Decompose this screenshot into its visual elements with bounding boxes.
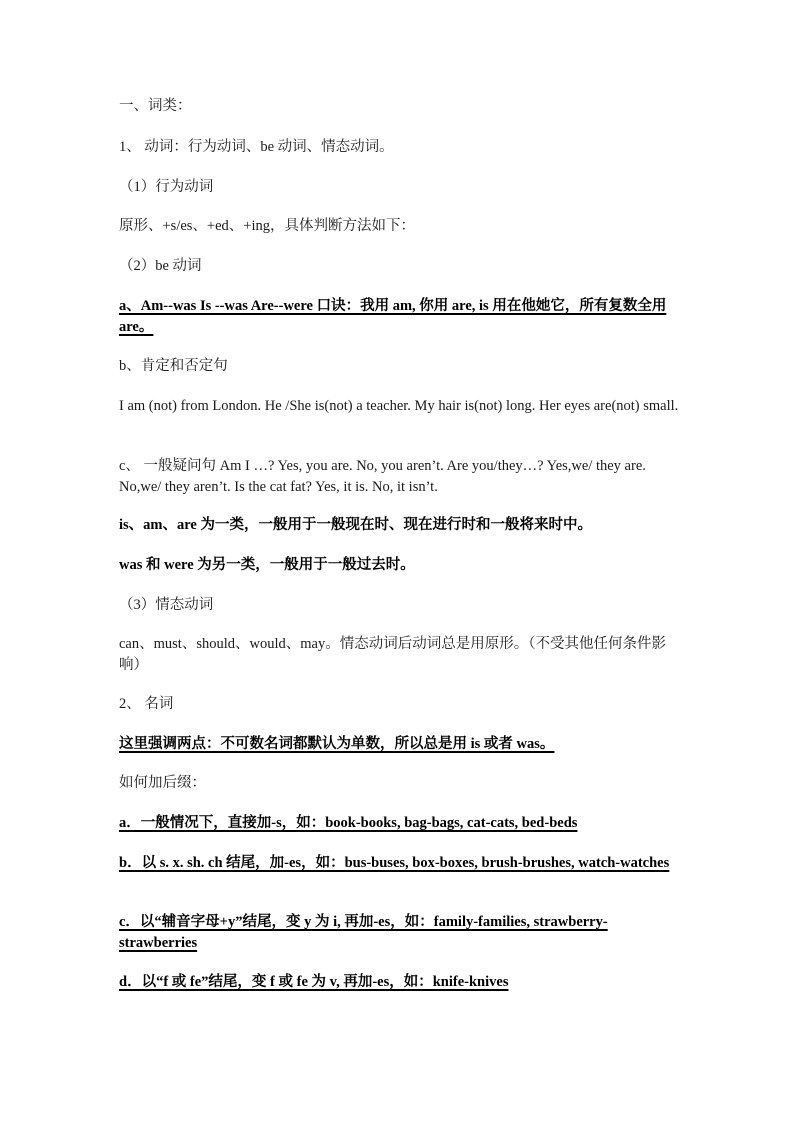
- suffix-rule-b: b．以 s. x. sh. ch 结尾，加-es，如：bus-buses, bo…: [119, 853, 681, 874]
- action-verb-forms: 原形、+s/es、+ed、+ing，具体判断方法如下：: [119, 216, 681, 237]
- paragraph-text: can、must、should、would、may。情态动词后动词总是用原形。（…: [119, 636, 666, 673]
- uncountable-noun-note: 这里强调两点：不可数名词都默认为单数，所以总是用 is 或者 was。: [119, 734, 681, 755]
- suffix-heading: 如何加后缀：: [119, 773, 681, 794]
- section-heading-word-classes: 一、词类：: [119, 96, 681, 117]
- yes-no-question-examples: c、 一般疑问句 Am I …? Yes, you are. No, you a…: [119, 456, 681, 498]
- suffix-rule-c: c．以“辅音字母+y”结尾，变 y 为 i, 再加-es，如：family-fa…: [119, 912, 681, 954]
- paragraph-text: c、 一般疑问句 Am I …? Yes, you are. No, you a…: [119, 458, 646, 495]
- paragraph-text: was 和 were 为另一类，一般用于一般过去时。: [119, 557, 415, 573]
- suffix-rule-a: a．一般情况下，直接加-s，如：book-books, bag-bags, ca…: [119, 813, 681, 834]
- paragraph-text: d．以“f 或 fe”结尾，变 f 或 fe 为 v, 再加-es，如：knif…: [119, 974, 508, 990]
- paragraph-text: c．以“辅音字母+y”结尾，变 y 为 i, 再加-es，如：family-fa…: [119, 914, 608, 951]
- subheading-be-verbs: （2）be 动词: [119, 256, 681, 277]
- subheading-action-verbs: （1）行为动词: [119, 177, 681, 198]
- item-verbs: 1、 动词：行为动词、be 动词、情态动词。: [119, 137, 681, 158]
- paragraph-text: 如何加后缀：: [119, 775, 206, 791]
- paragraph-text: 一、词类：: [119, 98, 192, 114]
- past-tense-note: was 和 were 为另一类，一般用于一般过去时。: [119, 555, 681, 576]
- affirmative-negative-examples: I am (not) from London. He /She is(not) …: [119, 396, 681, 417]
- document-page: 一、词类： 1、 动词：行为动词、be 动词、情态动词。 （1）行为动词 原形、…: [0, 0, 793, 1122]
- present-tense-note: is、am、are 为一类，一般用于一般现在时、现在进行时和一般将来时中。: [119, 515, 681, 536]
- paragraph-text: 这里强调两点：不可数名词都默认为单数，所以总是用 is 或者 was。: [119, 736, 554, 752]
- paragraph-text: I am (not) from London. He /She is(not) …: [119, 398, 678, 414]
- paragraph-text: b．以 s. x. sh. ch 结尾，加-es，如：bus-buses, bo…: [119, 855, 669, 871]
- paragraph-text: a．一般情况下，直接加-s，如：book-books, bag-bags, ca…: [119, 815, 577, 831]
- be-verb-mnemonic: a、Am--was Is --was Are--were 口诀：我用 am, 你…: [119, 296, 681, 338]
- paragraph-text: is、am、are 为一类，一般用于一般现在时、现在进行时和一般将来时中。: [119, 517, 592, 533]
- item-nouns: 2、 名词: [119, 694, 681, 715]
- paragraph-text: a、Am--was Is --was Are--were 口诀：我用 am, 你…: [119, 298, 666, 335]
- suffix-rule-d: d．以“f 或 fe”结尾，变 f 或 fe 为 v, 再加-es，如：knif…: [119, 972, 681, 993]
- paragraph-text: b、肯定和否定句: [119, 358, 228, 374]
- paragraph-text: （3）情态动词: [119, 597, 213, 613]
- subheading-affirmative-negative: b、肯定和否定句: [119, 356, 681, 377]
- paragraph-text: （1）行为动词: [119, 179, 213, 195]
- modal-verbs-note: can、must、should、would、may。情态动词后动词总是用原形。（…: [119, 634, 681, 676]
- paragraph-text: 1、 动词：行为动词、be 动词、情态动词。: [119, 139, 394, 155]
- subheading-modal-verbs: （3）情态动词: [119, 595, 681, 616]
- paragraph-text: 2、 名词: [119, 696, 173, 712]
- paragraph-text: （2）be 动词: [119, 258, 202, 274]
- paragraph-text: 原形、+s/es、+ed、+ing，具体判断方法如下：: [119, 218, 415, 234]
